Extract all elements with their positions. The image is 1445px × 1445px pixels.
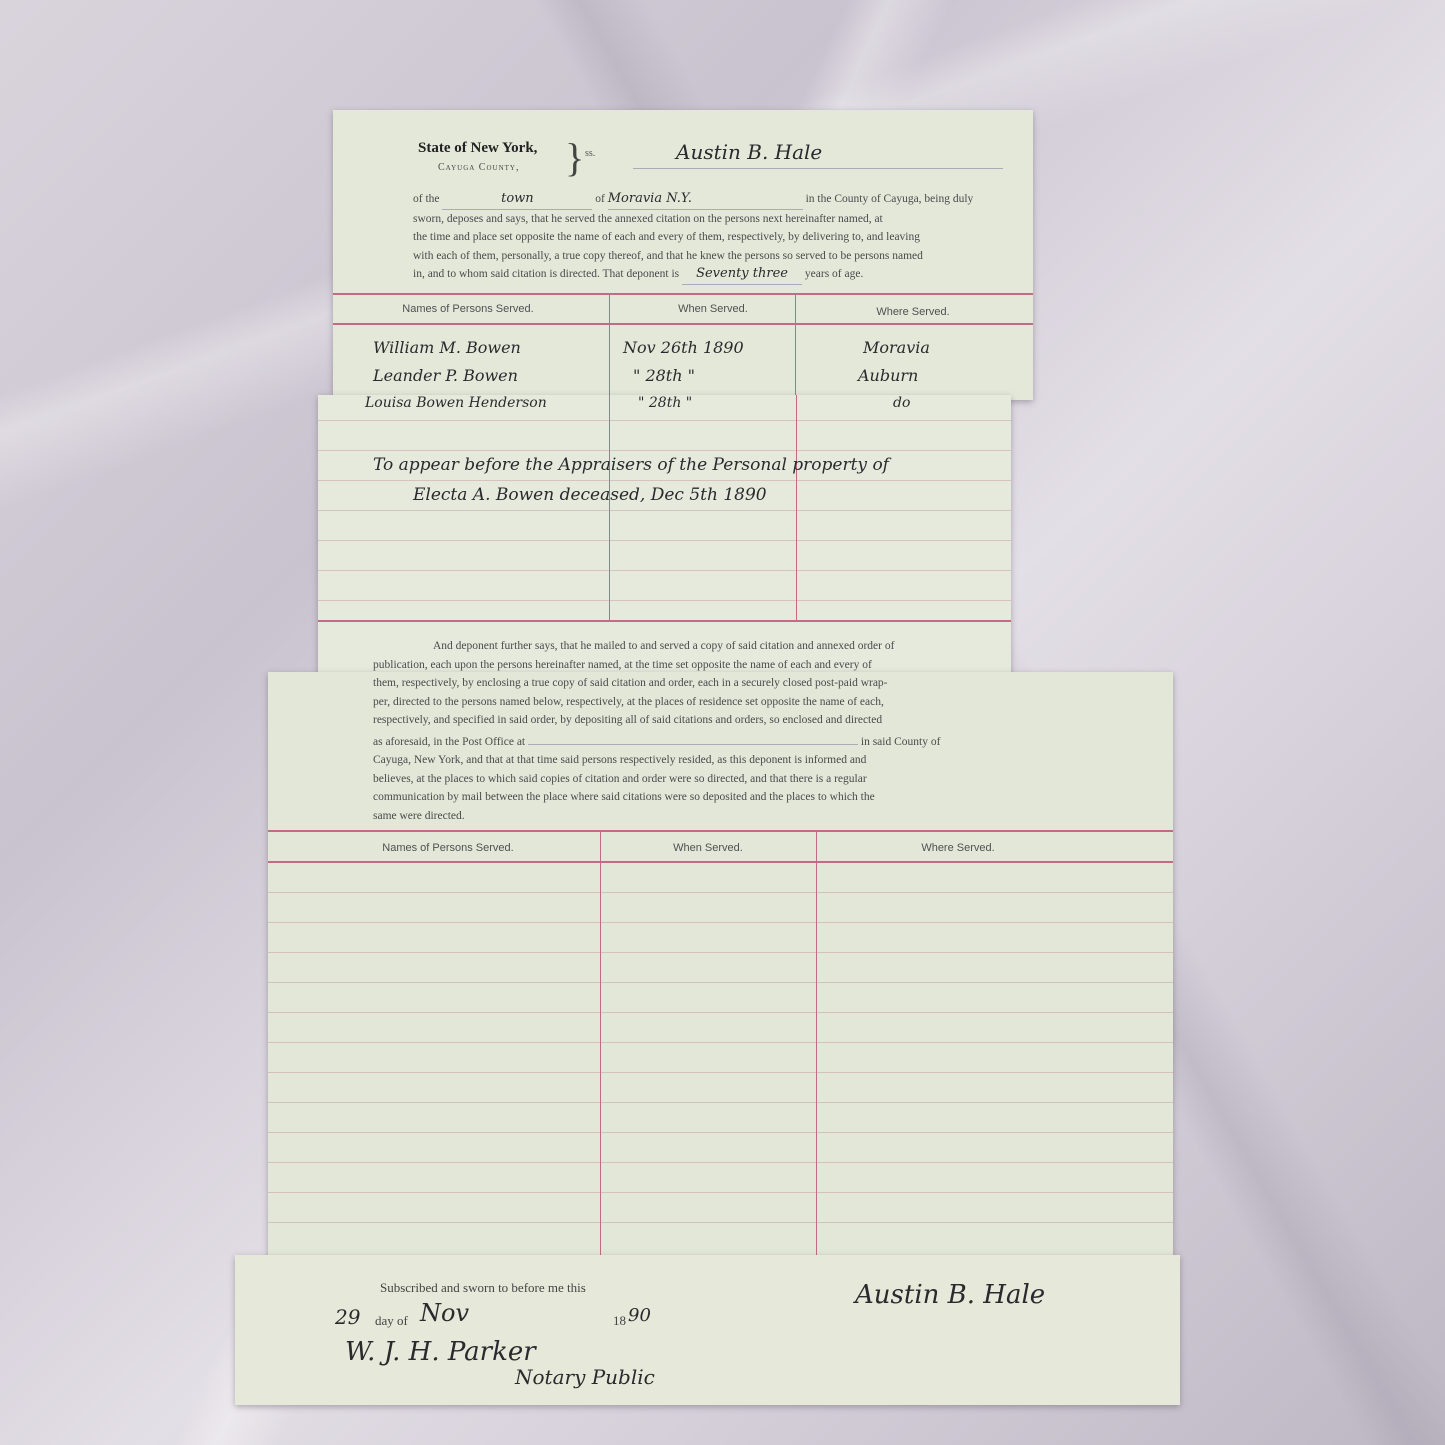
document-top-panel: State of New York, Cayuga County, } ss. … — [333, 110, 1033, 400]
deponent-name: Austin B. Hale — [676, 140, 822, 164]
table2-top-rule — [268, 830, 1173, 832]
ruled-line — [268, 982, 1173, 983]
county-phrase: in the County of Cayuga, being duly — [806, 193, 974, 205]
col-header-names: Names of Persons Served. — [393, 303, 543, 315]
post-office-prefix: as aforesaid, in the Post Office at — [373, 736, 525, 748]
ruled-line — [318, 570, 1011, 571]
age-value: Seventy three — [682, 265, 802, 285]
jurat-month: Nov — [420, 1299, 469, 1327]
day-of-label: day of — [375, 1313, 408, 1329]
ruled-line — [268, 1192, 1173, 1193]
row-where: Auburn — [858, 366, 918, 385]
deponent-signature: Austin B. Hale — [855, 1280, 1045, 1310]
ruled-line — [318, 510, 1011, 511]
note-line-2: Electa A. Bowen deceased, Dec 5th 1890 — [413, 485, 767, 505]
table-bottom-rule — [318, 620, 1011, 622]
row-where: Moravia — [863, 338, 930, 357]
document-jurat-panel: Subscribed and sworn to before me this 2… — [235, 1255, 1180, 1405]
mail-line: communication by mail between the place … — [373, 788, 1153, 807]
row-name: Leander P. Bowen — [373, 366, 518, 385]
jurat-year: 90 — [628, 1305, 651, 1326]
notary-title: Notary Public — [515, 1365, 655, 1389]
ruled-line — [318, 600, 1011, 601]
column-divider — [600, 832, 601, 1257]
ruled-line — [268, 1042, 1173, 1043]
table2-col-when: When Served. — [608, 842, 808, 854]
brace: } — [565, 138, 584, 178]
age-prefix: in, and to whom said citation is directe… — [413, 268, 679, 280]
post-office-field — [528, 730, 858, 745]
ruled-line — [268, 1132, 1173, 1133]
row-when: Nov 26th 1890 — [623, 338, 744, 357]
post-office-suffix: in said County of — [861, 736, 941, 748]
table2-col-names: Names of Persons Served. — [348, 842, 548, 854]
mail-line: And deponent further says, that he maile… — [373, 637, 1153, 656]
town-type: town — [442, 190, 592, 210]
mail-line: publication, each upon the persons herei… — [373, 656, 1153, 675]
notary-signature: W. J. H. Parker — [345, 1337, 536, 1367]
body-line: sworn, deposes and says, that he served … — [413, 210, 1003, 229]
column-divider — [816, 832, 817, 1257]
note-line-1: To appear before the Appraisers of the P… — [373, 455, 889, 475]
ruled-line — [318, 540, 1011, 541]
county-heading: Cayuga County, — [438, 162, 519, 173]
of-label: of — [595, 193, 605, 205]
body-paragraph: of the town of Moravia N.Y. in the Count… — [413, 190, 1003, 285]
row-when: " 28th " — [638, 395, 692, 411]
ruled-line — [318, 450, 1011, 451]
year-prefix: 18 — [613, 1313, 626, 1329]
ruled-line — [268, 892, 1173, 893]
ss-label: ss. — [585, 148, 595, 159]
column-divider — [795, 295, 796, 400]
ruled-line — [318, 420, 1011, 421]
col-header-when: When Served. — [633, 303, 793, 315]
header-bottom-rule — [333, 323, 1033, 325]
row-name: William M. Bowen — [373, 338, 521, 357]
mail-line: respectively, and specified in said orde… — [373, 711, 1153, 730]
ruled-line — [268, 1012, 1173, 1013]
column-divider — [796, 395, 797, 620]
body-line: the time and place set opposite the name… — [413, 228, 1003, 247]
jurat-day: 29 — [335, 1305, 360, 1329]
table-top-rule — [333, 293, 1033, 295]
subscribed-text: Subscribed and sworn to before me this — [380, 1280, 586, 1296]
ruled-line — [318, 480, 1011, 481]
column-divider — [609, 295, 610, 400]
of-the-label: of the — [413, 193, 440, 205]
mail-paragraph: And deponent further says, that he maile… — [373, 637, 1153, 825]
mail-line: per, directed to the persons named below… — [373, 693, 1153, 712]
mail-line: them, respectively, by enclosing a true … — [373, 674, 1153, 693]
mail-line: same were directed. — [373, 807, 1153, 826]
col-header-where: Where Served. — [813, 306, 1013, 318]
row-where: do — [893, 395, 910, 411]
mail-line: Cayuga, New York, and that at that time … — [373, 751, 1153, 770]
state-heading: State of New York, — [418, 140, 537, 157]
row-name: Louisa Bowen Henderson — [365, 395, 547, 411]
ruled-line — [268, 1162, 1173, 1163]
column-divider — [609, 395, 610, 620]
table2-header-rule — [268, 861, 1173, 863]
row-when: " 28th " — [633, 366, 695, 385]
ruled-line — [268, 1222, 1173, 1223]
document-third-panel: And deponent further says, that he maile… — [268, 672, 1173, 1272]
name-underline — [633, 168, 1003, 169]
town-name: Moravia N.Y. — [608, 190, 803, 210]
ruled-line — [268, 1072, 1173, 1073]
table2-col-where: Where Served. — [858, 842, 1058, 854]
ruled-line — [268, 1102, 1173, 1103]
body-line: with each of them, personally, a true co… — [413, 247, 1003, 266]
age-suffix: years of age. — [805, 268, 863, 280]
mail-line: believes, at the places to which said co… — [373, 770, 1153, 789]
ruled-line — [268, 922, 1173, 923]
ruled-line — [268, 952, 1173, 953]
